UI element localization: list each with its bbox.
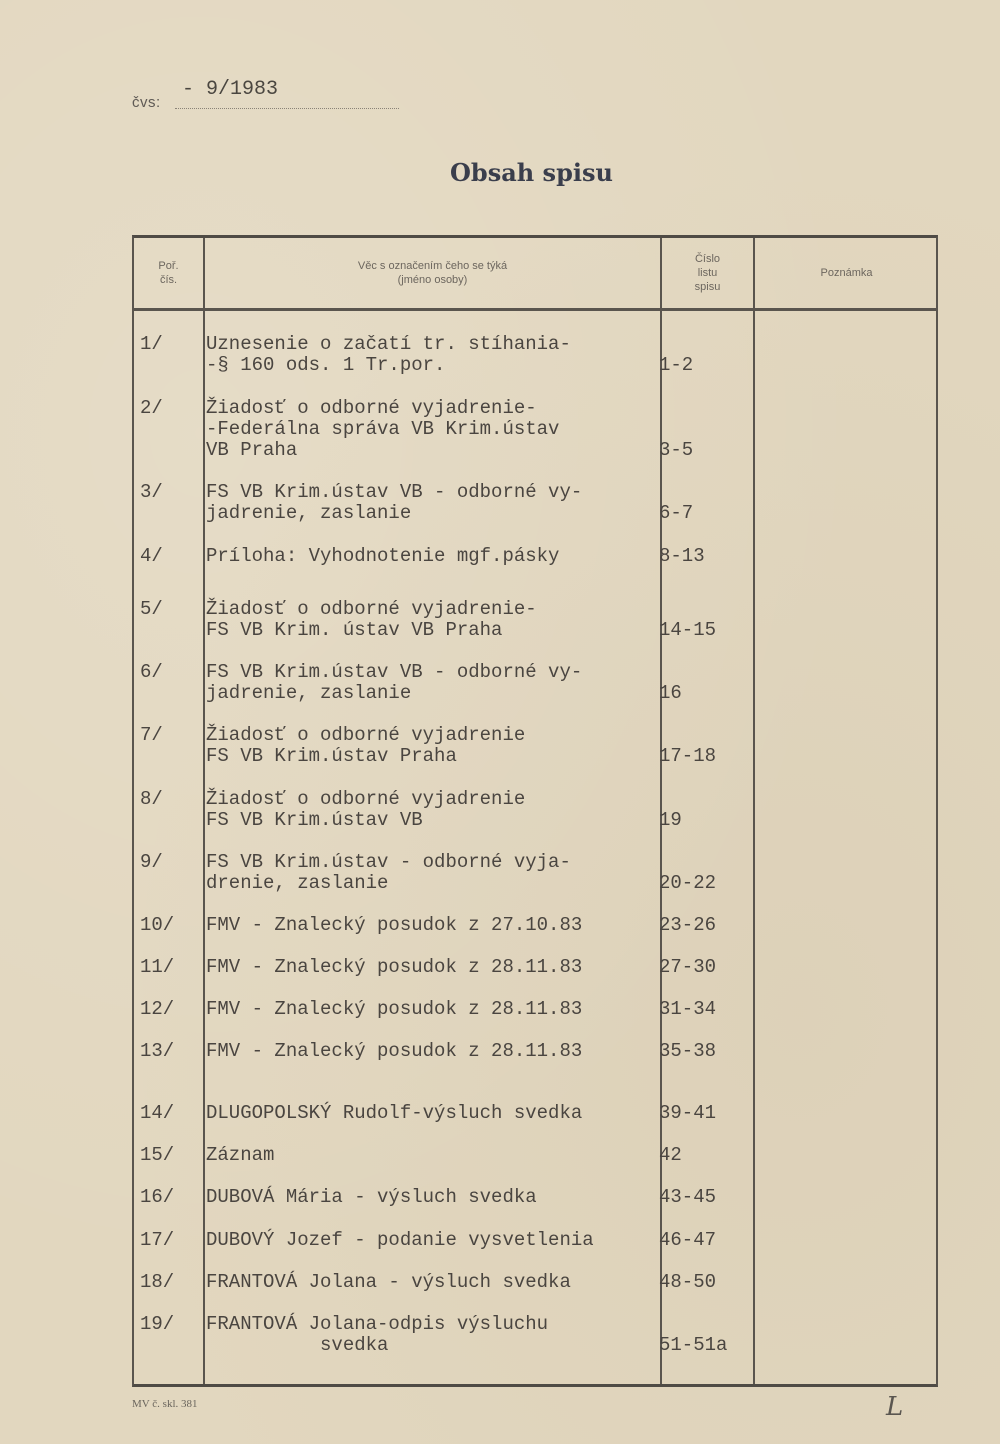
row-number: 10/ (140, 915, 174, 936)
header-page-line3: spisu (695, 280, 721, 294)
form-code: MV č. skl. 381 (132, 1398, 198, 1410)
column-divider (203, 238, 205, 1384)
row-pages: 43-45 (659, 1187, 716, 1208)
row-description: DLUGOPOLSKÝ Rudolf-výsluch svedka (206, 1103, 582, 1124)
row-description: FMV - Znalecký posudok z 28.11.83 (206, 1041, 582, 1062)
case-number-dotted-line (175, 108, 399, 109)
header-note-label: Poznámka (821, 266, 873, 280)
row-pages: 17-18 (659, 746, 716, 767)
row-number: 3/ (140, 482, 163, 503)
row-number: 13/ (140, 1041, 174, 1062)
row-description: FMV - Znalecký posudok z 28.11.83 (206, 957, 582, 978)
row-description: DUBOVÝ Jozef - podanie vysvetlenia (206, 1230, 594, 1251)
row-description: Žiadosť o odborné vyjadrenie- -Federálna… (206, 398, 559, 461)
header-page-line1: Číslo (695, 252, 721, 266)
row-number: 2/ (140, 398, 163, 419)
row-pages: 8-13 (659, 546, 705, 567)
row-description: Žiadosť o odborné vyjadrenie FS VB Krim.… (206, 725, 525, 767)
row-number: 19/ (140, 1314, 174, 1335)
row-pages: 51-51a (659, 1335, 727, 1356)
row-number: 16/ (140, 1187, 174, 1208)
case-number-label: čvs: (132, 94, 161, 111)
row-description: Záznam (206, 1145, 274, 1166)
page-title: Obsah spisu (450, 158, 613, 187)
row-number: 14/ (140, 1103, 174, 1124)
header-item-line1: Věc s označením čeho se týká (358, 259, 507, 273)
row-pages: 35-38 (659, 1041, 716, 1062)
row-number: 17/ (140, 1230, 174, 1251)
row-description: Žiadosť o odborné vyjadrenie- FS VB Krim… (206, 599, 537, 641)
row-pages: 20-22 (659, 873, 716, 894)
handwritten-mark: L (886, 1392, 903, 1422)
row-description: FMV - Znalecký posudok z 27.10.83 (206, 915, 582, 936)
column-divider (753, 238, 755, 1384)
row-pages: 14-15 (659, 620, 716, 641)
header-page-line2: listu (695, 266, 721, 280)
row-pages: 39-41 (659, 1103, 716, 1124)
row-number: 11/ (140, 957, 174, 978)
row-description: FMV - Znalecký posudok z 28.11.83 (206, 999, 582, 1020)
row-pages: 19 (659, 810, 682, 831)
row-pages: 1-2 (659, 355, 693, 376)
row-description: Uznesenie o začatí tr. stíhania- -§ 160 … (206, 334, 571, 376)
row-description: DUBOVÁ Mária - výsluch svedka (206, 1187, 537, 1208)
case-number-value: - 9/1983 (182, 78, 278, 101)
header-page: Číslo listu spisu (662, 238, 753, 308)
contents-table: Poř. čís. Věc s označením čeho se týká (… (132, 235, 938, 1387)
row-number: 1/ (140, 334, 163, 355)
row-pages: 16 (659, 683, 682, 704)
case-number-field: čvs: - 9/1983 (132, 78, 402, 112)
row-pages: 46-47 (659, 1230, 716, 1251)
row-pages: 27-30 (659, 957, 716, 978)
row-description: Žiadosť o odborné vyjadrenie FS VB Krim.… (206, 789, 525, 831)
header-number: Poř. čís. (134, 238, 203, 308)
row-description: FRANTOVÁ Jolana - výsluch svedka (206, 1272, 571, 1293)
row-number: 12/ (140, 999, 174, 1020)
document-page: čvs: - 9/1983 Obsah spisu Poř. čís. Věc … (0, 0, 1000, 1444)
header-item: Věc s označením čeho se týká (jméno osob… (205, 238, 660, 308)
row-pages: 6-7 (659, 503, 693, 524)
header-note: Poznámka (755, 238, 938, 308)
row-number: 8/ (140, 789, 163, 810)
row-description: FS VB Krim.ústav VB - odborné vy- jadren… (206, 482, 582, 524)
row-number: 4/ (140, 546, 163, 567)
row-number: 18/ (140, 1272, 174, 1293)
row-description: FRANTOVÁ Jolana-odpis výsluchu svedka (206, 1314, 548, 1356)
row-description: Príloha: Vyhodnotenie mgf.pásky (206, 546, 559, 567)
row-number: 7/ (140, 725, 163, 746)
row-number: 9/ (140, 852, 163, 873)
row-description: FS VB Krim.ústav VB - odborné vy- jadren… (206, 662, 582, 704)
row-pages: 23-26 (659, 915, 716, 936)
row-pages: 42 (659, 1145, 682, 1166)
row-pages: 48-50 (659, 1272, 716, 1293)
row-number: 6/ (140, 662, 163, 683)
header-number-label: Poř. (158, 259, 178, 273)
header-divider (134, 308, 936, 311)
row-pages: 3-5 (659, 440, 693, 461)
header-number-label-2: čís. (158, 273, 178, 287)
row-number: 15/ (140, 1145, 174, 1166)
row-number: 5/ (140, 599, 163, 620)
row-description: FS VB Krim.ústav - odborné vyja- drenie,… (206, 852, 571, 894)
row-pages: 31-34 (659, 999, 716, 1020)
header-item-line2: (jméno osoby) (358, 273, 507, 287)
